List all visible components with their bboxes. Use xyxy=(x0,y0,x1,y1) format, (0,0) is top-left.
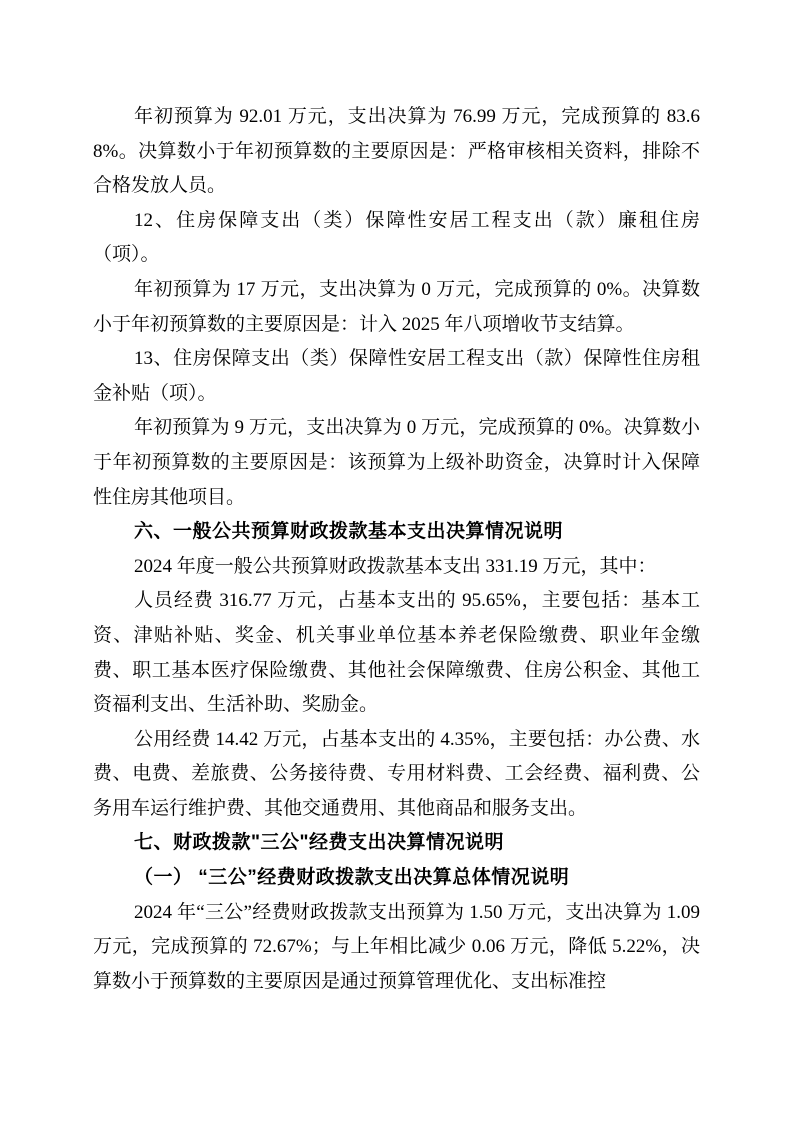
paragraph-item13-detail: 年初预算为 9 万元，支出决算为 0 万元，完成预算的 0%。决算数小于年初预算… xyxy=(93,411,700,515)
paragraph-personnel-expense: 人员经费 316.77 万元，占基本支出的 95.65%，主要包括：基本工资、津… xyxy=(93,584,700,722)
paragraph-item12-title: 12、住房保障支出（类）保障性安居工程支出（款）廉租住房（项）。 xyxy=(93,204,700,273)
paragraph-three-public-overview: 2024 年“三公”经费财政拨款支出预算为 1.50 万元，支出决算为 1.09… xyxy=(93,896,700,1000)
paragraph-public-expense: 公用经费 14.42 万元，占基本支出的 4.35%，主要包括：办公费、水费、电… xyxy=(93,723,700,827)
heading-section-six-basic-expenditure: 六、一般公共预算财政拨款基本支出决算情况说明 xyxy=(93,515,700,550)
heading-subsection-one-overview: （一） “三公”经费财政拨款支出决算总体情况说明 xyxy=(93,861,700,896)
paragraph-budget-9201-detail: 年初预算为 92.01 万元，支出决算为 76.99 万元，完成预算的 83.6… xyxy=(93,100,700,204)
paragraph-item12-detail: 年初预算为 17 万元，支出决算为 0 万元，完成预算的 0%。决算数小于年初预… xyxy=(93,273,700,342)
paragraph-item13-title: 13、住房保障支出（类）保障性安居工程支出（款）保障性住房租金补贴（项）。 xyxy=(93,342,700,411)
heading-section-seven-three-public: 七、财政拨款"三公"经费支出决算情况说明 xyxy=(93,826,700,861)
paragraph-basic-expenditure-total: 2024 年度一般公共预算财政拨款基本支出 331.19 万元，其中： xyxy=(93,550,700,585)
document-page: 年初预算为 92.01 万元，支出决算为 76.99 万元，完成预算的 83.6… xyxy=(0,0,793,1122)
